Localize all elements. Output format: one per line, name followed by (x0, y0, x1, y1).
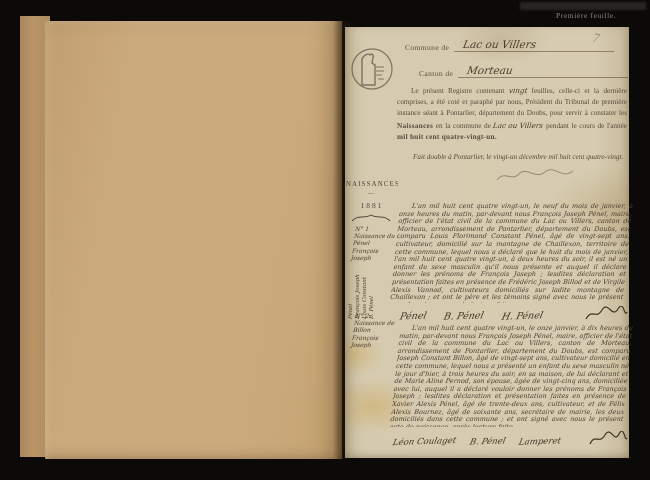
signature: Lamperet (518, 436, 562, 447)
preamble-year-bold: mil huit cent quatre-vingt-un. (397, 133, 497, 141)
signature-row-2: Léon Coulaget B. Pénel Lamperet (393, 431, 628, 447)
margin-naissances-label: NAISSANCES (346, 181, 398, 188)
margin-rotated-name: François Joseph (355, 255, 361, 320)
sheet-label: Première feuille. (556, 11, 616, 20)
birth-act-entry-2: L'an mil huit cent quatre vingt-un, le o… (390, 325, 634, 427)
margin-year-label: 1881 (355, 201, 389, 210)
canton-value: Morteau (458, 65, 630, 78)
birth-act-entry-1: L'an mil huit cent quatre vingt-un, le n… (390, 203, 634, 303)
margin-note-1-number: N° 1 (355, 226, 400, 233)
sheet-edge-fragment (520, 2, 646, 10)
margin-bracket-icon (351, 213, 391, 223)
margin-rotated-name: B. Pénel (369, 255, 375, 320)
birth-act-entry-2-text: L'an mil huit cent quatre vingt-un, le o… (390, 325, 634, 427)
signature: B. Pénel (469, 436, 507, 447)
left-blank-page (45, 21, 342, 459)
margin-rotated-name: Pénel (348, 255, 354, 320)
preamble-text: en la commune de (433, 122, 493, 130)
commune-row: Commune de Lac ou Villers (405, 39, 615, 52)
margin-note-1-line: Pénel (352, 240, 397, 247)
margin-note-2-line: Naissance de (354, 320, 399, 327)
preamble-naissances-bold: Naissances (397, 122, 433, 130)
canton-row: Canton de Morteau (419, 65, 629, 78)
preamble-text: pendant le cours de l'année (543, 122, 627, 130)
signature: Léon Coulaget (392, 436, 457, 448)
preamble-text: Le présent Registre contenant (411, 87, 509, 95)
margin-note-2-line: Billon (352, 327, 397, 334)
signature: B. Pénel (443, 310, 485, 322)
margin-note-2-line: François Joseph (350, 335, 396, 349)
margin-rotated-name: Louis Constant (362, 255, 368, 320)
preamble-hand-commune: Lac ou Villers (493, 120, 545, 131)
scanned-register-view: Première feuille. 7 Commune de Lac ou Vi… (0, 0, 650, 480)
signature-row-1: Pénel B. Pénel H. Pénel (400, 306, 628, 322)
fait-double-line: Fait double à Pontarlier, le vingt-un dé… (397, 152, 627, 163)
margin-rotated-names: Pénel François Joseph Louis Constant B. … (348, 255, 375, 319)
birth-act-entry-1-text: L'an mil huit cent quatre vingt-un, le n… (390, 203, 634, 303)
register-preamble: Le présent Registre contenant vingt feui… (397, 85, 627, 143)
commune-label: Commune de (405, 43, 449, 52)
signature: Pénel (399, 311, 428, 323)
right-register-page: 7 Commune de Lac ou Villers Canton de Mo… (345, 27, 629, 458)
archive-stamp-icon (348, 45, 394, 93)
signature: H. Pénel (500, 310, 543, 322)
preamble-hand-count: vingt (508, 85, 528, 96)
margin-note-2: N° 2 Naissance de Billon François Joseph (350, 313, 399, 349)
margin-note-2-number: N° 2 (355, 313, 400, 320)
margin-note-1-line: Naissance du (354, 233, 399, 240)
margin-divider: — (361, 191, 381, 197)
canton-label: Canton de (419, 69, 453, 78)
signature-flourish-icon (495, 168, 575, 184)
commune-value: Lac ou Villers (454, 39, 616, 52)
mayor-signature-flourish-icon (584, 306, 628, 322)
mayor-signature-flourish-icon (588, 431, 628, 447)
